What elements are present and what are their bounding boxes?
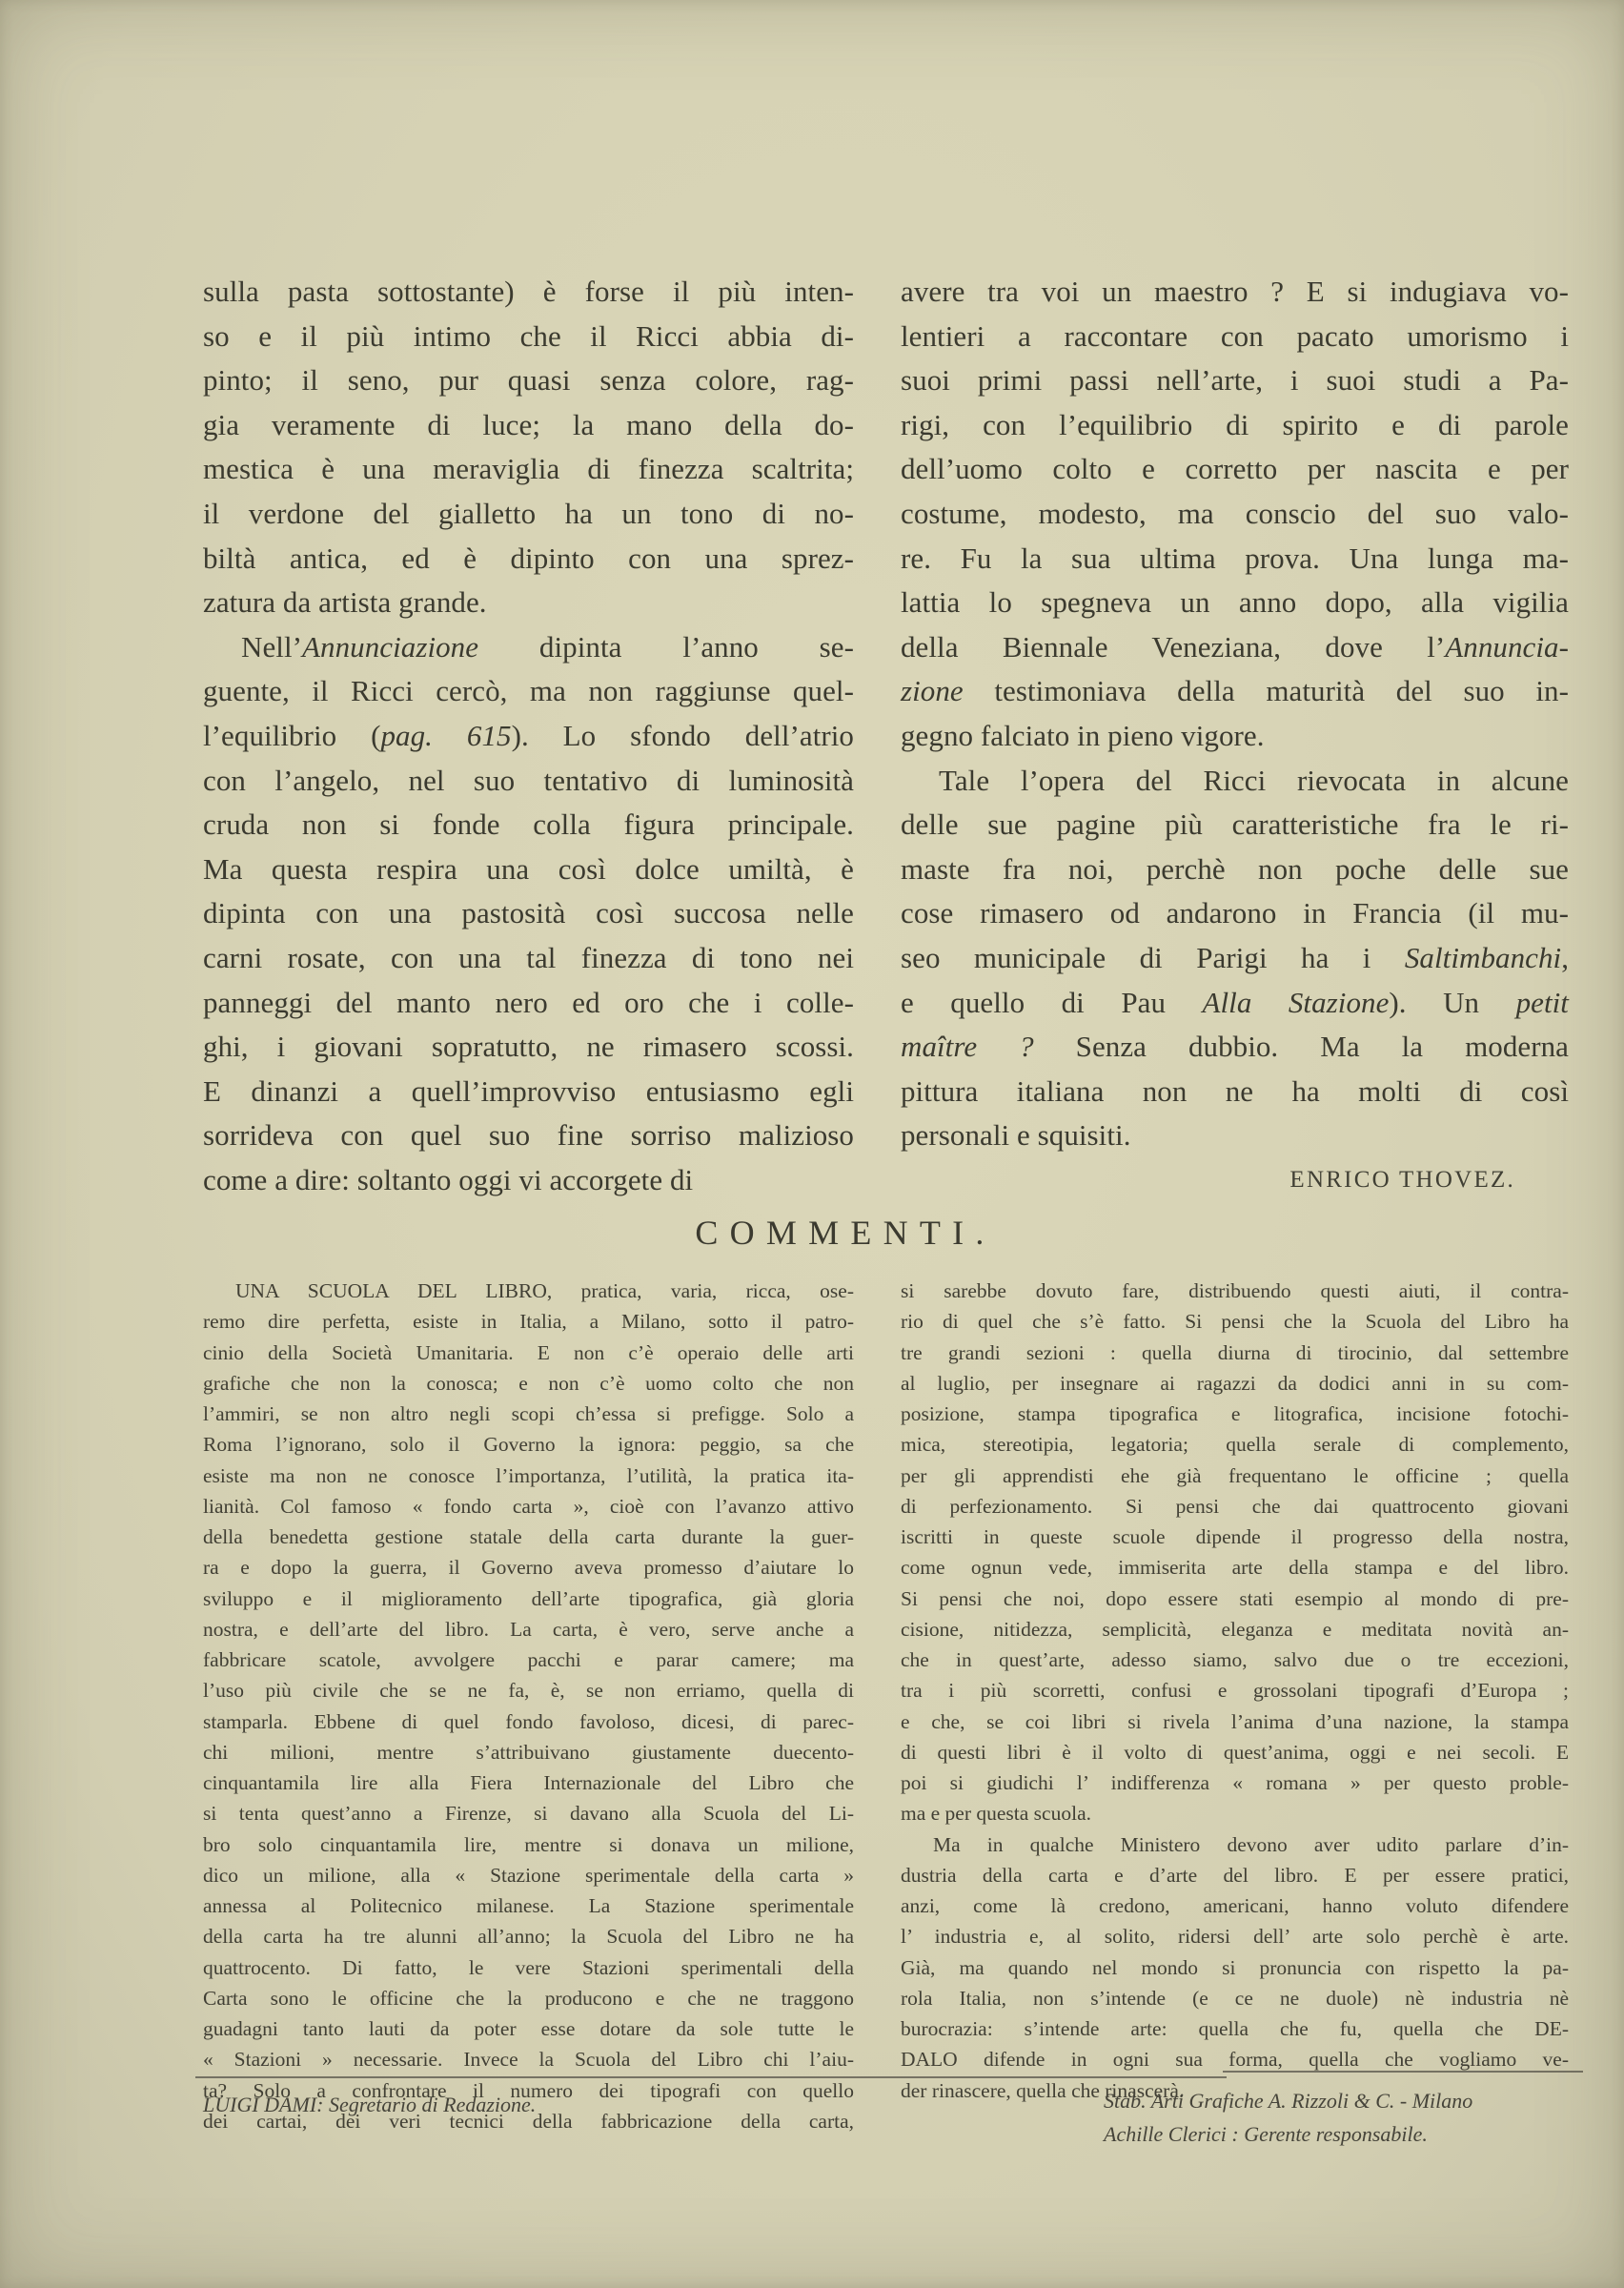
- text-line: burocrazia: s’intende arte: quella che f…: [901, 2013, 1569, 2044]
- text-line: come ognun vede, immiserita arte della s…: [901, 1552, 1569, 1583]
- text-line: nostra, e dell’arte del libro. La carta,…: [203, 1614, 854, 1644]
- text-line: ENRICO THOVEZ.: [901, 1158, 1569, 1203]
- text-line: Carta sono le officine che la producono …: [203, 1983, 854, 2013]
- text-line: seo municipale di Parigi ha i Saltimbanc…: [901, 936, 1569, 981]
- text-line: guente, il Ricci cercò, ma non raggiunse…: [203, 669, 854, 714]
- text-line: poi si giudichi l’ indifferenza « romana…: [901, 1767, 1569, 1798]
- footer-printer-line: Stab. Arti Grafiche A. Rizzoli & C. - Mi…: [1104, 2084, 1472, 2117]
- text-line: chi milioni, mentre s’attribuivano giust…: [203, 1737, 854, 1767]
- text-line: cinquantamila lire alla Fiera Internazio…: [203, 1767, 854, 1798]
- text-line: Già, ma quando nel mondo si pronuncia co…: [901, 1952, 1569, 1983]
- text-line: sviluppo e il miglioramento dell’arte ti…: [203, 1583, 854, 1614]
- text-line: carni rosate, con una tal finezza di ton…: [203, 936, 854, 981]
- text-line: come a dire: soltanto oggi vi accorgete …: [203, 1158, 854, 1203]
- text-line: si sarebbe dovuto fare, distribuendo que…: [901, 1276, 1569, 1306]
- text-line: dustria della carta e d’arte del libro. …: [901, 1860, 1569, 1890]
- text-line: so e il più intimo che il Ricci abbia di…: [203, 315, 854, 359]
- text-line: costume, modesto, ma conscio del suo val…: [901, 492, 1569, 537]
- text-line: guadagni tanto lauti da poter esse dotar…: [203, 2013, 854, 2044]
- text-line: ra e dopo la guerra, il Governo aveva pr…: [203, 1552, 854, 1583]
- text-line: maste fra noi, perchè non poche delle su…: [901, 848, 1569, 892]
- text-line: cisione, nitidezza, semplicità, eleganza…: [901, 1614, 1569, 1644]
- text-line: mica, stereotipia, legatoria; quella ser…: [901, 1429, 1569, 1460]
- text-line: anzi, come là credono, americani, hanno …: [901, 1890, 1569, 1921]
- text-line: cose rimasero od andarono in Francia (il…: [901, 891, 1569, 936]
- magazine-page-scan: sulla pasta sottostante) è forse il più …: [0, 0, 1624, 2288]
- text-line: e quello di Pau Alla Stazione). Un petit: [901, 981, 1569, 1026]
- text-line: Nell’Annunciazione dipinta l’anno se-: [203, 625, 854, 670]
- text-line: re. Fu la sua ultima prova. Una lunga ma…: [901, 537, 1569, 582]
- text-line: con l’angelo, nel suo tentativo di lumin…: [203, 759, 854, 804]
- text-line: personali e squisiti.: [901, 1113, 1569, 1158]
- text-line: sorrideva con quel suo fine sorriso mali…: [203, 1113, 854, 1158]
- commenti-column-right: si sarebbe dovuto fare, distribuendo que…: [901, 1276, 1569, 2106]
- text-line: pinto; il seno, pur quasi senza colore, …: [203, 358, 854, 403]
- article-column-right: avere tra voi un maestro ? E si indugiav…: [901, 270, 1569, 1202]
- text-line: dipinta con una pastosità così succosa n…: [203, 891, 854, 936]
- text-line: della benedetta gestione statale della c…: [203, 1522, 854, 1552]
- text-line: l’ industria e, al solito, ridersi dell’…: [901, 1921, 1569, 1951]
- commenti-column-left: UNA SCUOLA DEL LIBRO, pratica, varia, ri…: [203, 1276, 854, 2136]
- text-line: l’ammiri, se non altro negli scopi ch’es…: [203, 1399, 854, 1429]
- text-line: maître ? Senza dubbio. Ma la moderna: [901, 1025, 1569, 1070]
- text-line: di perfezionamento. Si pensi che dai qua…: [901, 1491, 1569, 1522]
- text-line: tra i più scorretti, confusi e grossolan…: [901, 1675, 1569, 1706]
- text-line: della carta ha tre alunni all’anno; la S…: [203, 1921, 854, 1951]
- text-line: biltà antica, ed è dipinto con una sprez…: [203, 537, 854, 582]
- text-line: rola Italia, non s’intende (e ce ne duol…: [901, 1983, 1569, 2013]
- text-line: rigi, con l’equilibrio di spirito e di p…: [901, 403, 1569, 448]
- text-line: e che, se coi libri si rivela l’anima d’…: [901, 1706, 1569, 1737]
- text-line: zatura da artista grande.: [203, 581, 854, 625]
- text-line: ma e per questa scuola.: [901, 1798, 1569, 1828]
- text-line: Ma questa respira una così dolce umiltà,…: [203, 848, 854, 892]
- text-line: Roma l’ignorano, solo il Governo la igno…: [203, 1429, 854, 1460]
- commenti-section-heading: COMMENTI.: [203, 1213, 1488, 1253]
- text-line: remo dire perfetta, esiste in Italia, a …: [203, 1306, 854, 1337]
- text-line: Si pensi che noi, dopo essere stati esem…: [901, 1583, 1569, 1614]
- text-line: panneggi del manto nero ed oro che i col…: [203, 981, 854, 1026]
- text-line: « Stazioni » necessarie. Invece la Scuol…: [203, 2044, 854, 2074]
- footer-rule-left: [195, 2076, 1227, 2078]
- text-line: pittura italiana non ne ha molti di così: [901, 1070, 1569, 1114]
- text-line: annessa al Politecnico milanese. La Staz…: [203, 1890, 854, 1921]
- text-line: esiste ma non ne conosce l’importanza, l…: [203, 1461, 854, 1491]
- text-line: gia veramente di luce; la mano della do-: [203, 403, 854, 448]
- text-line: per gli apprendisti ehe già frequentano …: [901, 1461, 1569, 1491]
- article-column-left: sulla pasta sottostante) è forse il più …: [203, 270, 854, 1202]
- text-line: posizione, stampa tipografica e litograf…: [901, 1399, 1569, 1429]
- text-line: Tale l’opera del Ricci rievocata in alcu…: [901, 759, 1569, 804]
- text-line: quattrocento. Di fatto, le vere Stazioni…: [203, 1952, 854, 1983]
- text-line: lattia lo spegneva un anno dopo, alla vi…: [901, 581, 1569, 625]
- text-line: cinio della Società Umanitaria. E non c’…: [203, 1338, 854, 1368]
- text-line: gegno falciato in pieno vigore.: [901, 714, 1569, 759]
- text-line: tre grandi sezioni : quella diurna di ti…: [901, 1338, 1569, 1368]
- text-line: grafiche che non la conosca; e non c’è u…: [203, 1368, 854, 1399]
- footer-manager-line: Achille Clerici : Gerente responsabile.: [1104, 2117, 1472, 2151]
- text-line: che in quest’arte, adesso siamo, salvo d…: [901, 1644, 1569, 1675]
- text-line: Ma in qualche Ministero devono aver udit…: [901, 1829, 1569, 1860]
- text-line: dell’uomo colto e corretto per nascita e…: [901, 447, 1569, 492]
- text-line: suoi primi passi nell’arte, i suoi studi…: [901, 358, 1569, 403]
- text-line: al luglio, per insegnare ai ragazzi da d…: [901, 1368, 1569, 1399]
- text-line: l’uso più civile che se ne fa, è, se non…: [203, 1675, 854, 1706]
- footer-printer-credit: Stab. Arti Grafiche A. Rizzoli & C. - Mi…: [1104, 2084, 1472, 2151]
- text-line: bro solo cinquantamila lire, mentre si d…: [203, 1829, 854, 1860]
- text-line: UNA SCUOLA DEL LIBRO, pratica, varia, ri…: [203, 1276, 854, 1306]
- footer-editor-credit: LUIGI DAMI: Segretario di Redazione.: [203, 2088, 536, 2121]
- text-line: avere tra voi un maestro ? E si indugiav…: [901, 270, 1569, 315]
- text-line: E dinanzi a quell’improvviso entusiasmo …: [203, 1070, 854, 1114]
- text-line: delle sue pagine più caratteristiche fra…: [901, 803, 1569, 848]
- text-line: l’equilibrio (pag. 615). Lo sfondo dell’…: [203, 714, 854, 759]
- text-line: zione testimoniava della maturità del su…: [901, 669, 1569, 714]
- text-line: lentieri a raccontare con pacato umorism…: [901, 315, 1569, 359]
- text-line: ghi, i giovani sopratutto, ne rimasero s…: [203, 1025, 854, 1070]
- text-line: sulla pasta sottostante) è forse il più …: [203, 270, 854, 315]
- text-line: mestica è una meraviglia di finezza scal…: [203, 447, 854, 492]
- text-line: si tenta quest’anno a Firenze, si davano…: [203, 1798, 854, 1828]
- text-line: il verdone del gialletto ha un tono di n…: [203, 492, 854, 537]
- text-line: iscritti in queste scuole dipende il pro…: [901, 1522, 1569, 1552]
- text-line: cruda non si fonde colla figura principa…: [203, 803, 854, 848]
- footer-rule-right: [1223, 2071, 1583, 2073]
- text-line: di questi libri è il volto di quest’anim…: [901, 1737, 1569, 1767]
- text-line: dico un milione, alla « Stazione sperime…: [203, 1860, 854, 1890]
- text-line: della Biennale Veneziana, dove l’Annunci…: [901, 625, 1569, 670]
- text-line: rio di quel che s’è fatto. Si pensi che …: [901, 1306, 1569, 1337]
- text-line: stamparla. Ebbene di quel fondo favoloso…: [203, 1706, 854, 1737]
- text-line: fabbricare scatole, avvolgere pacchi e p…: [203, 1644, 854, 1675]
- text-line: lianità. Col famoso « fondo carta », cio…: [203, 1491, 854, 1522]
